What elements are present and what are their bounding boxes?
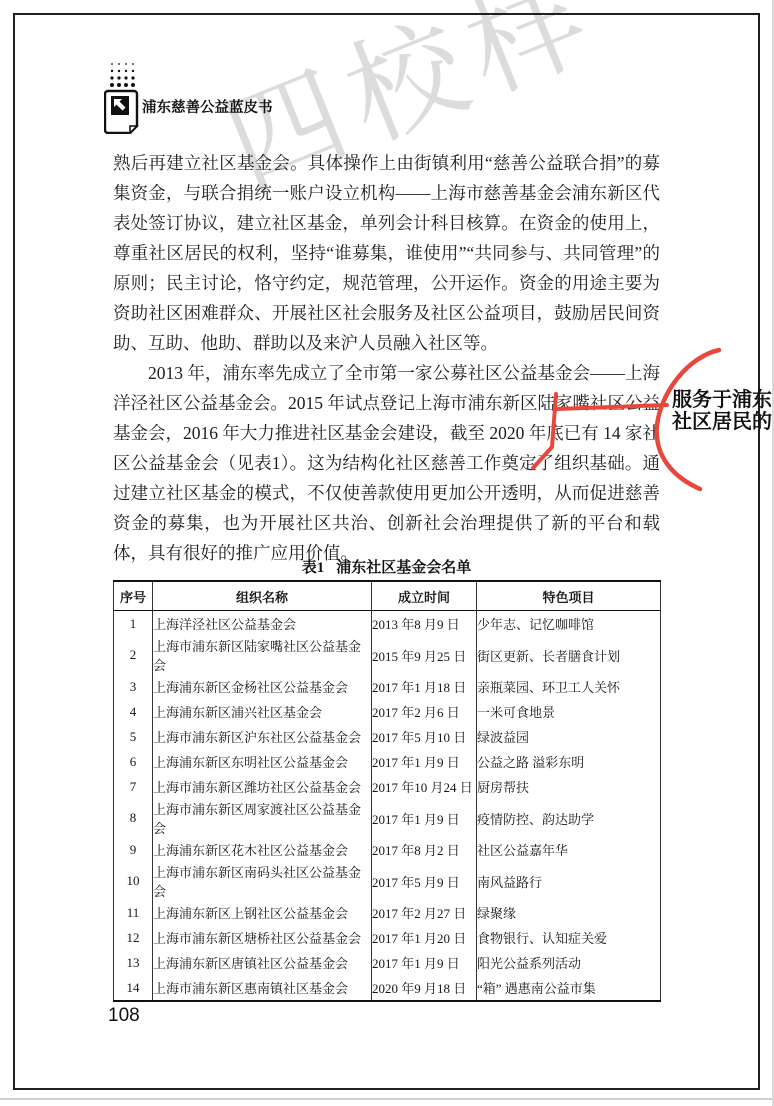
table-cell-no: 1 bbox=[114, 611, 153, 637]
body-text: 熟后再建立社区基金会。具体操作上由街镇利用“慈善公益联合捐”的募集资金，与联合捐… bbox=[113, 148, 660, 568]
table-row: 11上海浦东新区上钢社区公益基金会2017 年2 月27 日绿聚缘 bbox=[114, 900, 661, 925]
table-cell-org: 上海浦东新区唐镇社区公益基金会 bbox=[153, 950, 372, 975]
col-header-org: 组织名称 bbox=[153, 581, 372, 611]
table-cell-feature: “箱” 遇惠南公益市集 bbox=[477, 975, 661, 1001]
table-cell-date: 2017 年1 月20 日 bbox=[372, 925, 477, 950]
margin-annotation-text: 服务于浦东 社区居民的 bbox=[672, 389, 774, 433]
table-cell-org: 上海市浦东新区惠南镇社区基金会 bbox=[153, 975, 372, 1001]
table-cell-feature: 食物银行、认知症关爱 bbox=[477, 925, 661, 950]
table-cell-date: 2017 年8 月2 日 bbox=[372, 837, 477, 862]
table-cell-feature: 绿聚缘 bbox=[477, 900, 661, 925]
table-row: 9上海浦东新区花木社区公益基金会2017 年8 月2 日社区公益嘉年华 bbox=[114, 837, 661, 862]
table-cell-org: 上海浦东新区上钢社区公益基金会 bbox=[153, 900, 372, 925]
table-cell-date: 2017 年5 月9 日 bbox=[372, 862, 477, 900]
table-cell-date: 2017 年2 月27 日 bbox=[372, 900, 477, 925]
table-cell-org: 上海市浦东新区塘桥社区公益基金会 bbox=[153, 925, 372, 950]
table-cell-feature: 街区更新、长者膳食计划 bbox=[477, 636, 661, 674]
table-cell-date: 2017 年1 月9 日 bbox=[372, 749, 477, 774]
table-cell-no: 13 bbox=[114, 950, 153, 975]
table-cell-feature: 南风益路行 bbox=[477, 862, 661, 900]
table-cell-no: 8 bbox=[114, 799, 153, 837]
proof-page: 四校样 浦东慈善公益蓝皮书 熟后再建立社区基金会。具体操作上由街镇利用“慈善公益… bbox=[0, 0, 774, 1106]
table-cell-feature: 疫情防控、韵达助学 bbox=[477, 799, 661, 837]
table-cell-org: 上海浦东新区花木社区公益基金会 bbox=[153, 837, 372, 862]
table-row: 8上海市浦东新区周家渡社区公益基金会2017 年1 月9 日疫情防控、韵达助学 bbox=[114, 799, 661, 837]
table-cell-no: 7 bbox=[114, 774, 153, 799]
table-cell-no: 11 bbox=[114, 900, 153, 925]
book-series-title: 浦东慈善公益蓝皮书 bbox=[142, 96, 273, 117]
table-cell-feature: 阳光公益系列活动 bbox=[477, 950, 661, 975]
table-cell-date: 2017 年1 月18 日 bbox=[372, 674, 477, 699]
table-cell-org: 上海洋泾社区公益基金会 bbox=[153, 611, 372, 637]
col-header-feature: 特色项目 bbox=[477, 581, 661, 611]
table-cell-org: 上海浦东新区金杨社区公益基金会 bbox=[153, 674, 372, 699]
table-cell-no: 3 bbox=[114, 674, 153, 699]
table-cell-org: 上海市浦东新区南码头社区公益基金会 bbox=[153, 862, 372, 900]
page-number: 108 bbox=[108, 1005, 140, 1027]
table-cell-date: 2017 年5 月10 日 bbox=[372, 724, 477, 749]
table-caption-label: 表1 bbox=[302, 560, 325, 576]
table-cell-date: 2020 年9 月18 日 bbox=[372, 975, 477, 1001]
table-cell-org: 上海市浦东新区潍坊社区公益基金会 bbox=[153, 774, 372, 799]
table-cell-no: 5 bbox=[114, 724, 153, 749]
paragraph-2013-foundations: 2013 年，浦东率先成立了全市第一家公募社区公益基金会——上海洋泾社区公益基金… bbox=[113, 358, 660, 568]
table-cell-feature: 一米可食地景 bbox=[477, 699, 661, 724]
table-cell-feature: 社区公益嘉年华 bbox=[477, 837, 661, 862]
table-cell-no: 9 bbox=[114, 837, 153, 862]
table-cell-feature: 绿波益园 bbox=[477, 724, 661, 749]
table-cell-date: 2013 年8 月9 日 bbox=[372, 611, 477, 637]
table-cell-no: 4 bbox=[114, 699, 153, 724]
table-cell-org: 上海市浦东新区陆家嘴社区公益基金会 bbox=[153, 636, 372, 674]
table-row: 10上海市浦东新区南码头社区公益基金会2017 年5 月9 日南风益路行 bbox=[114, 862, 661, 900]
table-cell-date: 2017 年10 月24 日 bbox=[372, 774, 477, 799]
table-cell-date: 2015 年9 月25 日 bbox=[372, 636, 477, 674]
viewer-bottom-edge bbox=[0, 1098, 774, 1100]
margin-annotation-line1: 服务于浦东 bbox=[672, 389, 774, 411]
table-caption: 表1浦东社区基金会名单 bbox=[113, 556, 660, 577]
table-row: 4上海浦东新区浦兴社区基金会2017 年2 月6 日一米可食地景 bbox=[114, 699, 661, 724]
table-cell-no: 14 bbox=[114, 975, 153, 1001]
table-cell-org: 上海市浦东新区周家渡社区公益基金会 bbox=[153, 799, 372, 837]
table-cell-no: 2 bbox=[114, 636, 153, 674]
table-row: 13上海浦东新区唐镇社区公益基金会2017 年1 月9 日阳光公益系列活动 bbox=[114, 950, 661, 975]
table-header-row: 序号 组织名称 成立时间 特色项目 bbox=[114, 581, 661, 611]
table-cell-no: 6 bbox=[114, 749, 153, 774]
table-cell-feature: 亲瓶菜园、环卫工人关怀 bbox=[477, 674, 661, 699]
col-header-no: 序号 bbox=[114, 581, 153, 611]
table-cell-feature: 公益之路 溢彩东明 bbox=[477, 749, 661, 774]
foundation-table: 序号 组织名称 成立时间 特色项目 1上海洋泾社区公益基金会2013 年8 月9… bbox=[113, 580, 661, 1002]
table-row: 14上海市浦东新区惠南镇社区基金会2020 年9 月18 日“箱” 遇惠南公益市… bbox=[114, 975, 661, 1001]
table-cell-date: 2017 年1 月9 日 bbox=[372, 950, 477, 975]
col-header-date: 成立时间 bbox=[372, 581, 477, 611]
table-cell-date: 2017 年2 月6 日 bbox=[372, 699, 477, 724]
table-row: 6上海浦东新区东明社区公益基金会2017 年1 月9 日公益之路 溢彩东明 bbox=[114, 749, 661, 774]
table-row: 5上海市浦东新区沪东社区公益基金会2017 年5 月10 日绿波益园 bbox=[114, 724, 661, 749]
table-row: 2上海市浦东新区陆家嘴社区公益基金会2015 年9 月25 日街区更新、长者膳食… bbox=[114, 636, 661, 674]
table-row: 12上海市浦东新区塘桥社区公益基金会2017 年1 月20 日食物银行、认知症关… bbox=[114, 925, 661, 950]
table-cell-org: 上海市浦东新区沪东社区公益基金会 bbox=[153, 724, 372, 749]
table-cell-date: 2017 年1 月9 日 bbox=[372, 799, 477, 837]
margin-annotation-line2: 社区居民的 bbox=[672, 411, 774, 433]
table-row: 7上海市浦东新区潍坊社区公益基金会2017 年10 月24 日厨房帮扶 bbox=[114, 774, 661, 799]
table-cell-no: 10 bbox=[114, 862, 153, 900]
page-content: 浦东慈善公益蓝皮书 熟后再建立社区基金会。具体操作上由街镇利用“慈善公益联合捐”… bbox=[0, 0, 774, 1106]
table-caption-title: 浦东社区基金会名单 bbox=[336, 560, 471, 576]
table-cell-no: 12 bbox=[114, 925, 153, 950]
bluebook-logo-icon bbox=[104, 60, 140, 134]
paragraph-continuation: 熟后再建立社区基金会。具体操作上由街镇利用“慈善公益联合捐”的募集资金，与联合捐… bbox=[113, 148, 660, 358]
table-row: 3上海浦东新区金杨社区公益基金会2017 年1 月18 日亲瓶菜园、环卫工人关怀 bbox=[114, 674, 661, 699]
table-cell-org: 上海浦东新区浦兴社区基金会 bbox=[153, 699, 372, 724]
table-row: 1上海洋泾社区公益基金会2013 年8 月9 日少年志、记忆咖啡馆 bbox=[114, 611, 661, 637]
table-cell-org: 上海浦东新区东明社区公益基金会 bbox=[153, 749, 372, 774]
table-cell-feature: 厨房帮扶 bbox=[477, 774, 661, 799]
table-cell-feature: 少年志、记忆咖啡馆 bbox=[477, 611, 661, 637]
